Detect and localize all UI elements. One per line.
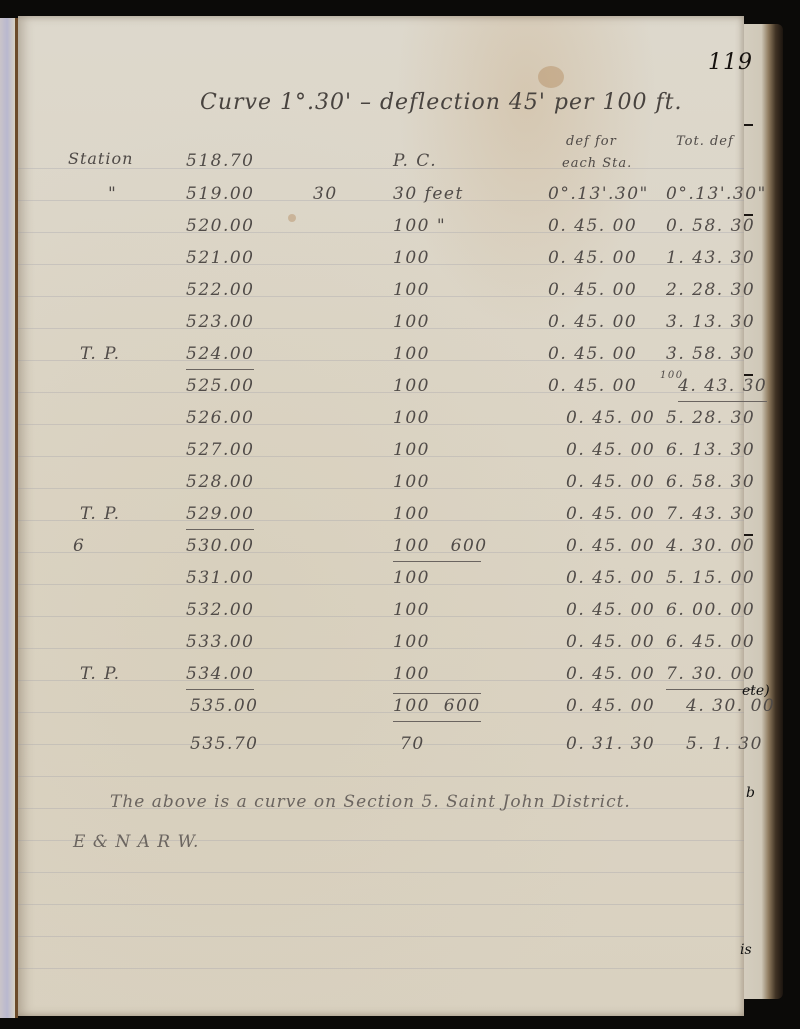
station-value: 524.00 (186, 344, 254, 364)
distance-value: 100 (393, 280, 430, 300)
deflection-each: 0. 45. 00 (566, 536, 655, 556)
total-deflection: 0. 58. 30 (666, 216, 755, 236)
deflection-each: 0. 45. 00 (566, 568, 655, 588)
station-value: 518.70 (186, 151, 254, 171)
page-number: 119 (708, 50, 753, 75)
station-value: 530.00 (186, 536, 254, 556)
station-value: 535.70 (190, 734, 258, 754)
station-value: 522.00 (186, 280, 254, 300)
total-deflection: 6. 00. 00 (666, 600, 755, 620)
station-value: 531.00 (186, 568, 254, 588)
distance-value: 70 (400, 734, 425, 754)
total-deflection: 5. 1. 30 (686, 734, 763, 754)
table-row: T. P. 534.00 100 0. 45. 00 7. 30. 00 (18, 664, 744, 696)
station-value: 532.00 (186, 600, 254, 620)
total-deflection: 4. 30. 00 (666, 536, 755, 556)
distance-value: 100 (393, 344, 430, 364)
station-value: 523.00 (186, 312, 254, 332)
deflection-each: 0. 45. 00 (566, 632, 655, 652)
table-row: 526.00 100 0. 45. 00 5. 28. 30 (18, 408, 744, 440)
total-deflection: 4. 30. 00 (686, 696, 775, 716)
distance-value: P. C. (393, 151, 437, 171)
footer-note-line2: E & N A R W. (73, 832, 199, 852)
turning-point-label: T. P. (80, 504, 121, 524)
station-value: 534.00 (186, 664, 254, 684)
deflection-each: 0. 45. 00 (566, 504, 655, 524)
table-row: T. P. 524.00 100 0. 45. 00 3. 58. 30 (18, 344, 744, 376)
total-deflection: 0°.13'.30" (666, 184, 767, 204)
distance-with-total: 100 600 (393, 536, 481, 556)
station-value: 533.00 (186, 632, 254, 652)
margin-mark: is (740, 942, 752, 958)
deflection-each: 0°.13'.30" (548, 184, 649, 204)
station-value: 529.00 (186, 504, 254, 524)
deflection-each: 0. 45. 00 (548, 248, 637, 268)
turning-point-label: T. P. (80, 664, 121, 684)
page-title: Curve 1°.30' – deflection 45' per 100 ft… (200, 90, 683, 115)
table-row: 520.00 100 " 0. 45. 00 0. 58. 30 (18, 216, 744, 248)
table-row: 521.00 100 0. 45. 00 1. 43. 30 (18, 248, 744, 280)
table-row: T. P. 529.00 100 0. 45. 00 7. 43. 30 (18, 504, 744, 536)
total-deflection: 3. 58. 30 (666, 344, 755, 364)
total-deflection: 6. 45. 00 (666, 632, 755, 652)
station-value: 527.00 (186, 440, 254, 460)
table-row: 531.00 100 0. 45. 00 5. 15. 00 (18, 568, 744, 600)
table-row: 523.00 100 0. 45. 00 3. 13. 30 (18, 312, 744, 344)
total-deflection: 5. 28. 30 (666, 408, 755, 428)
total-deflection: 4. 43. 30 (678, 376, 767, 396)
table-row: 6 530.00 100 600 0. 45. 00 4. 30. 00 (18, 536, 744, 568)
distance-value: 100 (393, 504, 430, 524)
station-value: 525.00 (186, 376, 254, 396)
table-row: 522.00 100 0. 45. 00 2. 28. 30 (18, 280, 744, 312)
deflection-each: 0. 45. 00 (566, 472, 655, 492)
deflection-each: 0. 31. 30 (566, 734, 655, 754)
distance-value: 100 (393, 600, 430, 620)
station-value: 528.00 (186, 472, 254, 492)
turning-point-label: T. P. (80, 344, 121, 364)
table-row: 535.00 100 600 0. 45. 00 4. 30. 00 (18, 696, 744, 728)
total-deflection: 1. 43. 30 (666, 248, 755, 268)
row-label: 6 (73, 536, 85, 556)
table-row: 525.00 100 0. 45. 00 100 4. 43. 30 (18, 376, 744, 408)
station-value: 526.00 (186, 408, 254, 428)
distance-value: 100 (393, 248, 430, 268)
deflection-each: 0. 45. 00 (548, 344, 637, 364)
total-deflection: 3. 13. 30 (666, 312, 755, 332)
distance-value: 100 (393, 472, 430, 492)
table-row: 527.00 100 0. 45. 00 6. 13. 30 (18, 440, 744, 472)
station-value: 519.00 (186, 184, 254, 204)
deflection-each: 0. 45. 00 (566, 664, 655, 684)
sub-distance: 30 (313, 184, 338, 204)
distance-value: 100 (393, 440, 430, 460)
deflection-each: 0. 45. 00 (566, 408, 655, 428)
station-value: 521.00 (186, 248, 254, 268)
deflection-each: 0. 45. 00 (548, 216, 637, 236)
total-deflection: 6. 58. 30 (666, 472, 755, 492)
distance-with-total: 100 600 (393, 693, 481, 716)
table-row: 532.00 100 0. 45. 00 6. 00. 00 (18, 600, 744, 632)
station-value: 520.00 (186, 216, 254, 236)
deflection-each: 0. 45. 00 (566, 440, 655, 460)
deflection-each: 0. 45. 00 (566, 696, 655, 716)
header-def-each: def for (566, 134, 617, 149)
adjacent-left-page (0, 18, 18, 1018)
distance-value: 100 (393, 408, 430, 428)
table-row: " 519.00 30 30 feet 0°.13'.30" 0°.13'.30… (18, 184, 744, 216)
distance-value: 100 (393, 632, 430, 652)
total-deflection: 2. 28. 30 (666, 280, 755, 300)
row-label: " (108, 184, 117, 204)
distance-value: 100 (393, 568, 430, 588)
total-deflection: 7. 30. 00 (666, 664, 755, 684)
deflection-each: 0. 45. 00 (548, 280, 637, 300)
footer-note-line1: The above is a curve on Section 5. Saint… (110, 792, 631, 812)
table-row: 518.70 P. C. (18, 151, 744, 183)
deflection-each: 0. 45. 00 (548, 312, 637, 332)
table-row: 528.00 100 0. 45. 00 6. 58. 30 (18, 472, 744, 504)
notebook-page: 119 Curve 1°.30' – deflection 45' per 10… (18, 16, 744, 1016)
header-total-def: Tot. def (676, 134, 734, 149)
distance-value: 100 (393, 664, 430, 684)
total-deflection: 6. 13. 30 (666, 440, 755, 460)
table-row: 535.70 70 0. 31. 30 5. 1. 30 (18, 734, 744, 766)
distance-value: 100 " (393, 216, 446, 236)
deflection-each: 0. 45. 00 (548, 376, 637, 396)
margin-mark: ete) (742, 683, 770, 699)
distance-value: 100 (393, 312, 430, 332)
deflection-each: 0. 45. 00 (566, 600, 655, 620)
distance-value: 100 (393, 376, 430, 396)
distance-value: 30 feet (393, 184, 464, 204)
margin-mark: b (746, 785, 755, 801)
station-value: 535.00 (190, 696, 258, 716)
table-row: 533.00 100 0. 45. 00 6. 45. 00 (18, 632, 744, 664)
total-deflection: 5. 15. 00 (666, 568, 755, 588)
total-deflection: 7. 43. 30 (666, 504, 755, 524)
